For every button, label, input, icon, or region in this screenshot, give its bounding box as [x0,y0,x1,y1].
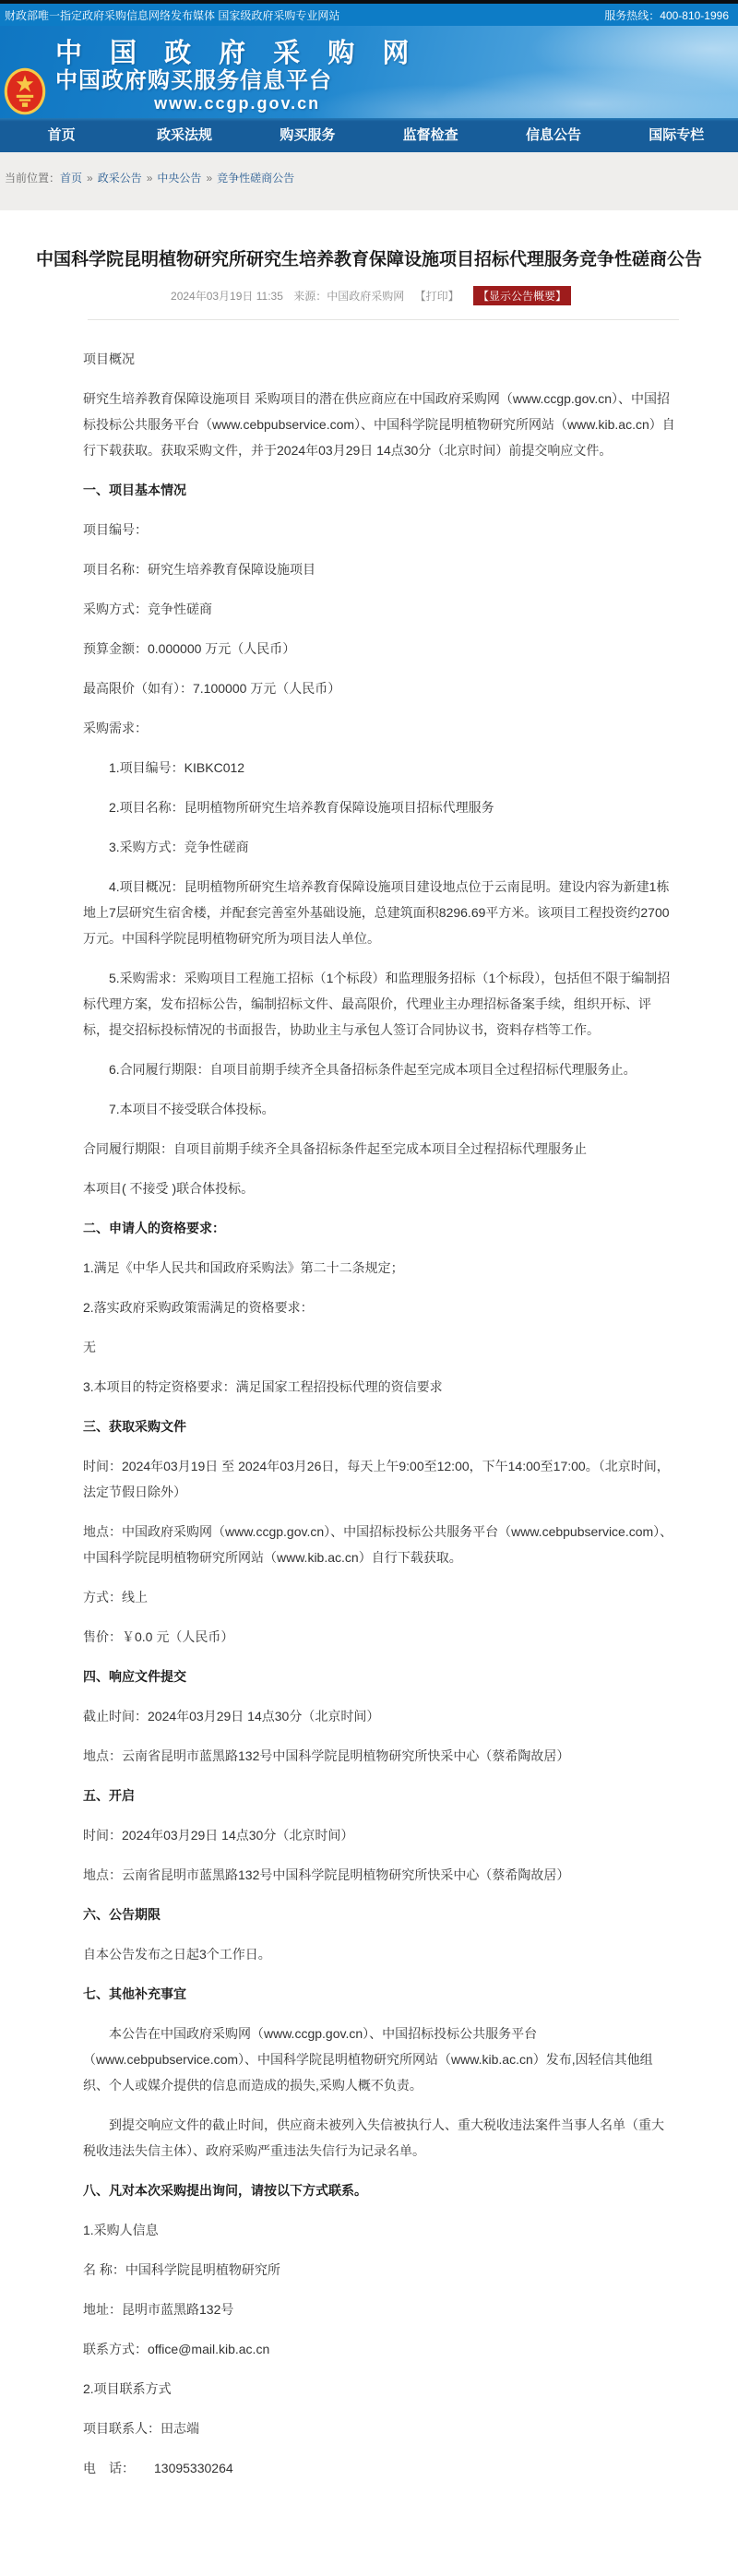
article-paragraph: 项目概况 [83,346,675,372]
breadcrumb-link[interactable]: 首页 [60,172,82,185]
site-slogan: 财政部唯一指定政府采购信息网络发布媒体 国家级政府采购专业网站 [5,7,339,23]
brand-block: 中 国 政 府 采 购 网 中国政府购买服务信息平台 www.ccgp.gov.… [55,40,419,116]
article-paragraph: 无 [83,1334,675,1360]
article-paragraph: 五、开启 [83,1783,675,1808]
article-paragraph: 项目编号： [83,517,675,543]
article-paragraph: 项目联系人：田志端 [83,2415,675,2441]
article-paragraph: 售价：￥0.0 元（人民币） [83,1624,675,1650]
breadcrumb-label: 当前位置： [5,172,60,185]
article-paragraph: 7.本项目不接受联合体投标。 [83,1096,675,1122]
article-paragraph: 1.满足《中华人民共和国政府采购法》第二十二条规定； [83,1255,675,1281]
article-paragraph: 三、获取采购文件 [83,1413,675,1439]
breadcrumb-link[interactable]: 政采公告 [98,172,142,185]
article-paragraph: 本公告在中国政府采购网（www.ccgp.gov.cn）、中国招标投标公共服务平… [83,2021,675,2098]
article-paragraph: 地点：云南省昆明市蓝黑路132号中国科学院昆明植物研究所快采中心（蔡希陶故居） [83,1743,675,1769]
article-paragraph: 七、其他补充事宜 [83,1981,675,2007]
nav-item[interactable]: 购买服务 [246,118,369,152]
article-paragraph: 地址：昆明市蓝黑路132号 [83,2296,675,2322]
article-paragraph: 最高限价（如有）：7.100000 万元（人民币） [83,675,675,701]
service-hotline: 服务热线：400-810-1996 [604,7,729,23]
publish-datetime: 2024年03月19日 11:35 [171,290,283,303]
national-emblem-icon [4,66,46,116]
breadcrumb-link[interactable]: 中央公告 [157,172,201,185]
article-paragraph: 六、公告期限 [83,1902,675,1927]
nav-item[interactable]: 国际专栏 [615,118,738,152]
top-service-bar: 财政部唯一指定政府采购信息网络发布媒体 国家级政府采购专业网站 服务热线：400… [0,4,738,26]
article-paragraph: 本项目( 不接受 )联合体投标。 [83,1175,675,1201]
article-paragraph: 一、项目基本情况 [83,477,675,503]
banner-inner: 中 国 政 府 采 购 网 中国政府购买服务信息平台 www.ccgp.gov.… [0,26,738,118]
article-paragraph: 合同履行期限：自项目前期手续齐全具备招标条件起至完成本项目全过程招标代理服务止 [83,1136,675,1162]
article-paragraph: 2.项目联系方式 [83,2376,675,2402]
article-paragraph: 预算金额：0.000000 万元（人民币） [83,636,675,662]
site-url: www.ccgp.gov.cn [55,93,419,114]
article-source: 来源：中国政府采购网 [293,290,404,303]
print-button[interactable]: 【打印】 [415,290,459,303]
article-paragraph: 地点：云南省昆明市蓝黑路132号中国科学院昆明植物研究所快采中心（蔡希陶故居） [83,1862,675,1888]
article-paragraph: 时间：2024年03月29日 14点30分（北京时间） [83,1822,675,1848]
nav-item[interactable]: 监督检查 [369,118,492,152]
article-paragraph: 项目名称：研究生培养教育保障设施项目 [83,556,675,582]
show-summary-button[interactable]: 【显示公告概要】 [473,286,571,305]
article-paragraph: 二、申请人的资格要求： [83,1215,675,1241]
article-paragraph: 采购方式：竞争性磋商 [83,596,675,622]
breadcrumb-separator: » [206,172,212,185]
article-paragraph: 6.合同履行期限：自项目前期手续齐全具备招标条件起至完成本项目全过程招标代理服务… [83,1056,675,1082]
breadcrumb-separator: » [87,172,93,185]
breadcrumb-items: 首页»政采公告»中央公告»竞争性磋商公告 [60,172,304,185]
article-paragraph: 自本公告发布之日起3个工作日。 [83,1941,675,1967]
breadcrumb-separator: » [147,172,153,185]
breadcrumb-crumb: 竞争性磋商公告 [217,172,304,185]
main-nav: 首页政采法规购买服务监督检查信息公告国际专栏 [0,118,738,152]
article-meta: 2024年03月19日 11:35 来源：中国政府采购网 【打印】 【显示公告概… [0,286,738,305]
article-paragraph: 名 称：中国科学院昆明植物研究所 [83,2257,675,2283]
nav-item[interactable]: 政采法规 [123,118,245,152]
article-paragraph: 5.采购需求：采购项目工程施工招标（1个标段）和监理服务招标（1个标段），包括但… [83,965,675,1043]
article-paragraph: 4.项目概况：昆明植物所研究生培养教育保障设施项目建设地点位于云南昆明。建设内容… [83,874,675,951]
article-body: 项目概况研究生培养教育保障设施项目 采购项目的潜在供应商应在中国政府采购网（ww… [0,320,738,2576]
article-paragraph: 电 话： 13095330264 [83,2455,675,2481]
article-paragraph: 截止时间：2024年03月29日 14点30分（北京时间） [83,1703,675,1729]
article-paragraph: 地点：中国政府采购网（www.ccgp.gov.cn）、中国招标投标公共服务平台… [83,1519,675,1570]
announcement-page: 中国科学院昆明植物研究所研究生培养教育保障设施项目招标代理服务竞争性磋商公告 2… [0,247,738,2576]
article-paragraph: 1.采购人信息 [83,2217,675,2243]
article-paragraph: 2.项目名称：昆明植物所研究生培养教育保障设施项目招标代理服务 [83,794,675,820]
site-subtitle: 中国政府购买服务信息平台 [55,68,419,93]
article-paragraph: 八、凡对本次采购提出询问，请按以下方式联系。 [83,2177,675,2203]
article-paragraph: 3.本项目的特定资格要求：满足国家工程招投标代理的资信要求 [83,1374,675,1400]
page-title: 中国科学院昆明植物研究所研究生培养教育保障设施项目招标代理服务竞争性磋商公告 [22,247,716,272]
article-paragraph: 四、响应文件提交 [83,1664,675,1689]
article-paragraph: 1.项目编号：KIBKC012 [83,755,675,781]
article-paragraph: 联系方式：office@mail.kib.ac.cn [83,2336,675,2362]
nav-item[interactable]: 信息公告 [492,118,614,152]
breadcrumb-link[interactable]: 竞争性磋商公告 [217,172,294,185]
site-header-banner: 中 国 政 府 采 购 网 中国政府购买服务信息平台 www.ccgp.gov.… [0,26,738,118]
article-paragraph: 方式：线上 [83,1584,675,1610]
article-paragraph: 时间：2024年03月19日 至 2024年03月26日，每天上午9:00至12… [83,1453,675,1505]
breadcrumb: 当前位置：首页»政采公告»中央公告»竞争性磋商公告 [0,152,738,210]
breadcrumb-crumb: 首页» [60,172,98,185]
breadcrumb-crumb: 中央公告» [157,172,217,185]
site-title: 中 国 政 府 采 购 网 [55,40,419,68]
breadcrumb-crumb: 政采公告» [98,172,158,185]
article-paragraph: 到提交响应文件的截止时间，供应商未被列入失信被执行人、重大税收违法案件当事人名单… [83,2112,675,2164]
article-paragraph: 采购需求： [83,715,675,741]
article-paragraph: 研究生培养教育保障设施项目 采购项目的潜在供应商应在中国政府采购网（www.cc… [83,386,675,463]
nav-item[interactable]: 首页 [0,118,123,152]
article-paragraph: 2.落实政府采购政策需满足的资格要求： [83,1294,675,1320]
article-paragraph: 3.采购方式：竞争性磋商 [83,834,675,860]
